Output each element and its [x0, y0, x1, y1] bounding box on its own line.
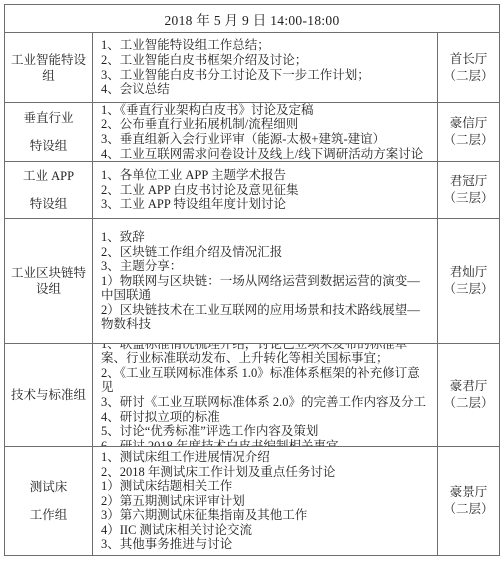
date-header: 2018 年 5 月 9 日 14:00-18:00 [5, 5, 499, 33]
group-cell: 垂直行业 特设组 [5, 103, 93, 161]
room-cell: 君冠厅 （三层） [438, 162, 499, 218]
room-name: 豪君厅 （二层） [443, 378, 493, 412]
room-name: 首长厅 （二层） [443, 51, 493, 85]
agenda-items: 1、联盟标准情况梳理介绍，讨论已立项未发布的标准草案、行业标准联动发布、上升转化… [101, 344, 431, 446]
table-row-industrial-intelligence: 工业智能特设组 1、工业智能特设组工作总结； 2、工业智能白皮书框架介绍及讨论；… [5, 33, 499, 103]
room-cell: 首长厅 （二层） [438, 33, 499, 102]
room-cell: 豪君厅 （二层） [438, 344, 499, 446]
room-cell: 豪信厅 （二层） [438, 103, 499, 161]
group-name: 工业智能特设组 [10, 52, 87, 84]
group-cell: 工业 APP 特设组 [5, 162, 93, 218]
group-cell: 工业智能特设组 [5, 33, 93, 102]
table-row-industrial-app: 工业 APP 特设组 1、各单位工业 APP 主题学术报告 2、工业 APP 白… [5, 162, 499, 219]
group-name: 工业区块链特设组 [10, 265, 87, 297]
table-row-testbed: 测试床 工作组 1、测试床组工作进展情况介绍 2、2018 年测试床工作计划及重… [5, 447, 499, 555]
agenda-items-cell: 1、致辞 2、区块链工作组介绍及情况汇报 3、主题分享： 1）物联网与区块链：一… [93, 219, 438, 343]
table-row-tech-standards: 技术与标准组 1、联盟标准情况梳理介绍，讨论已立项未发布的标准草案、行业标准联动… [5, 344, 499, 447]
group-name: 工业 APP 特设组 [23, 162, 74, 218]
table-row-blockchain: 工业区块链特设组 1、致辞 2、区块链工作组介绍及情况汇报 3、主题分享： 1）… [5, 219, 499, 344]
group-name: 测试床 工作组 [30, 473, 68, 529]
group-cell: 测试床 工作组 [5, 447, 93, 555]
document-page: 2018 年 5 月 9 日 14:00-18:00 工业智能特设组 1、工业智… [0, 0, 504, 562]
agenda-items: 1、各单位工业 APP 主题学术报告 2、工业 APP 白皮书讨论及意见征集 3… [101, 168, 431, 212]
agenda-items: 1、《垂直行业架构白皮书》讨论及定稿 2、公布垂直行业拓展机制/流程细则 3、垂… [101, 103, 431, 161]
agenda-items: 1、测试床组工作进展情况介绍 2、2018 年测试床工作计划及重点任务讨论 1）… [101, 450, 431, 552]
group-name: 垂直行业 特设组 [23, 104, 73, 160]
room-cell: 君灿厅 （三层） [438, 219, 499, 343]
agenda-items-cell: 1、联盟标准情况梳理介绍，讨论已立项未发布的标准草案、行业标准联动发布、上升转化… [93, 344, 438, 446]
agenda-items-cell: 1、各单位工业 APP 主题学术报告 2、工业 APP 白皮书讨论及意见征集 3… [93, 162, 438, 218]
schedule-table: 2018 年 5 月 9 日 14:00-18:00 工业智能特设组 1、工业智… [4, 4, 500, 556]
room-name: 君冠厅 （三层） [443, 173, 493, 207]
agenda-items: 1、致辞 2、区块链工作组介绍及情况汇报 3、主题分享： 1）物联网与区块链：一… [101, 230, 431, 332]
table-row-vertical-industry: 垂直行业 特设组 1、《垂直行业架构白皮书》讨论及定稿 2、公布垂直行业拓展机制… [5, 103, 499, 162]
group-name: 技术与标准组 [11, 387, 86, 403]
group-cell: 工业区块链特设组 [5, 219, 93, 343]
agenda-items: 1、工业智能特设组工作总结； 2、工业智能白皮书框架介绍及讨论； 3、工业智能白… [101, 38, 431, 96]
room-cell: 豪景厅 （二层） [438, 447, 499, 555]
room-name: 豪信厅 （二层） [443, 115, 493, 149]
agenda-items-cell: 1、《垂直行业架构白皮书》讨论及定稿 2、公布垂直行业拓展机制/流程细则 3、垂… [93, 103, 438, 161]
room-name: 豪景厅 （二层） [443, 484, 493, 518]
date-header-text: 2018 年 5 月 9 日 14:00-18:00 [164, 9, 339, 29]
agenda-items-cell: 1、测试床组工作进展情况介绍 2、2018 年测试床工作计划及重点任务讨论 1）… [93, 447, 438, 555]
agenda-items-cell: 1、工业智能特设组工作总结； 2、工业智能白皮书框架介绍及讨论； 3、工业智能白… [93, 33, 438, 102]
group-cell: 技术与标准组 [5, 344, 93, 446]
room-name: 君灿厅 （三层） [443, 264, 493, 298]
